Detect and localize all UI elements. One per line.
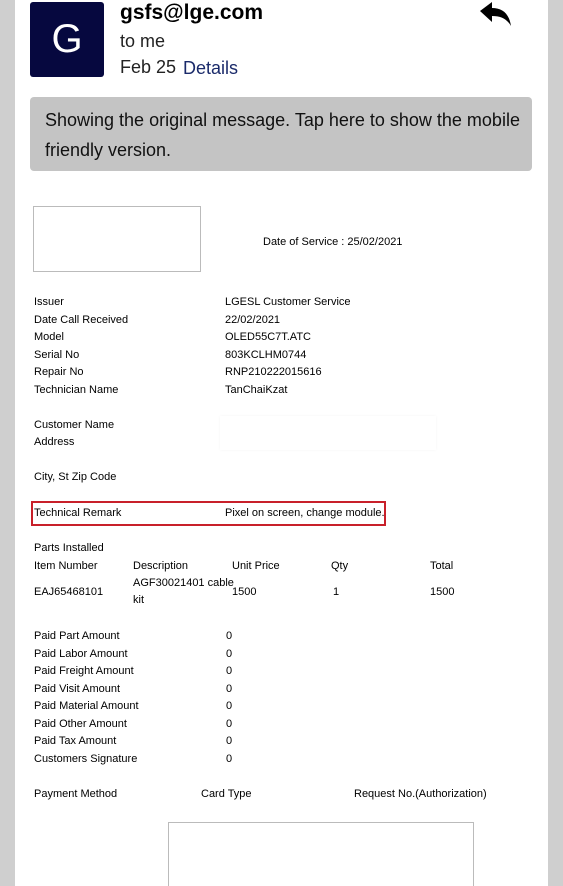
- info-label: Repair No: [34, 366, 84, 378]
- info-label: Date Call Received: [34, 314, 128, 326]
- city-zip-label: City, St Zip Code: [34, 471, 116, 483]
- amount-value: 0: [226, 648, 232, 660]
- email-page: G gsfs@lge.com to me Feb 25 Details Show…: [15, 0, 548, 886]
- redacted-customer-info: [220, 416, 436, 450]
- amount-value: 0: [226, 700, 232, 712]
- technical-remark-label: Technical Remark: [34, 507, 121, 519]
- banner-text: Showing the original message. Tap here t…: [45, 105, 524, 165]
- qty: 1: [333, 586, 339, 598]
- info-value: 22/02/2021: [225, 314, 280, 326]
- parts-installed-title: Parts Installed: [34, 542, 104, 554]
- amount-value: 0: [226, 630, 232, 642]
- amount-value: 0: [226, 718, 232, 730]
- amount-label: Paid Tax Amount: [34, 735, 116, 747]
- sender-avatar[interactable]: G: [30, 2, 104, 77]
- amount-label: Paid Freight Amount: [34, 665, 134, 677]
- date-of-service: Date of Service : 25/02/2021: [263, 236, 402, 248]
- card-type-label: Card Type: [201, 788, 252, 800]
- customer-name-label: Customer Name: [34, 419, 114, 431]
- col-unit-price: Unit Price: [232, 560, 280, 572]
- col-description: Description: [133, 560, 188, 572]
- amount-value: 0: [226, 665, 232, 677]
- total: 1500: [430, 586, 454, 598]
- amount-label: Paid Part Amount: [34, 630, 120, 642]
- info-label: Technician Name: [34, 384, 118, 396]
- info-value: RNP210222015616: [225, 366, 322, 378]
- address-label: Address: [34, 436, 74, 448]
- technical-remark-value: Pixel on screen, change module.: [225, 507, 385, 519]
- info-label: Serial No: [34, 349, 79, 361]
- info-label: Model: [34, 331, 64, 343]
- request-no-label: Request No.(Authorization): [354, 788, 487, 800]
- recipient-label: to me: [120, 31, 165, 52]
- amount-value: 0: [226, 735, 232, 747]
- payment-method-label: Payment Method: [34, 788, 117, 800]
- original-message-banner[interactable]: Showing the original message. Tap here t…: [30, 97, 532, 171]
- description-line1: AGF30021401 cable: [133, 577, 234, 589]
- amount-label: Paid Material Amount: [34, 700, 139, 712]
- amount-label: Paid Other Amount: [34, 718, 127, 730]
- amount-label: Customers Signature: [34, 753, 137, 765]
- amount-label: Paid Visit Amount: [34, 683, 120, 695]
- logo-placeholder: [33, 206, 201, 272]
- amount-value: 0: [226, 753, 232, 765]
- info-value: LGESL Customer Service: [225, 296, 351, 308]
- avatar-letter: G: [51, 17, 82, 62]
- amount-value: 0: [226, 683, 232, 695]
- reply-icon[interactable]: [478, 1, 512, 27]
- info-label: Issuer: [34, 296, 64, 308]
- col-total: Total: [430, 560, 453, 572]
- amount-label: Paid Labor Amount: [34, 648, 128, 660]
- col-qty: Qty: [331, 560, 348, 572]
- sender-email[interactable]: gsfs@lge.com: [120, 1, 263, 25]
- item-number: EAJ65468101: [34, 586, 103, 598]
- col-item-number: Item Number: [34, 560, 98, 572]
- unit-price: 1500: [232, 586, 256, 598]
- info-value: TanChaiKzat: [225, 384, 287, 396]
- details-link[interactable]: Details: [183, 58, 238, 79]
- signature-box: [168, 822, 474, 886]
- info-value: 803KCLHM0744: [225, 349, 306, 361]
- description-line2: kit: [133, 594, 144, 606]
- email-date: Feb 25: [120, 57, 176, 78]
- info-value: OLED55C7T.ATC: [225, 331, 311, 343]
